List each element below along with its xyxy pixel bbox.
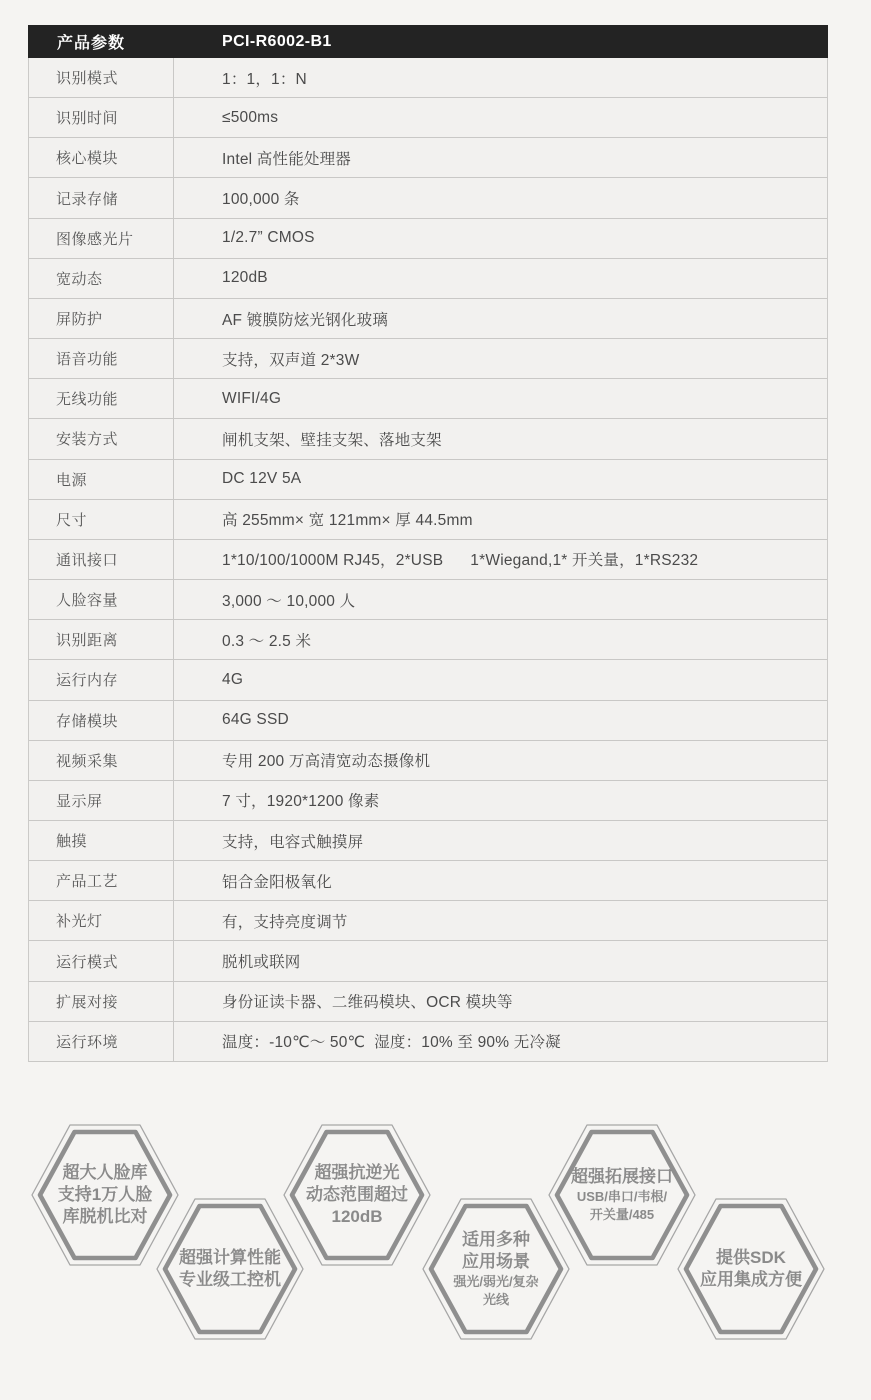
table-row: 无线功能 WIFI/4G	[29, 379, 827, 419]
spec-label: 图像感光片	[29, 219, 174, 258]
spec-value: 专用 200 万高清宽动态摄像机	[174, 741, 827, 780]
table-row: 运行内存 4G	[29, 660, 827, 700]
feature-text-line: 120dB	[331, 1206, 382, 1228]
spec-label: 扩展对接	[29, 982, 174, 1021]
table-header-title: 产品参数	[28, 30, 174, 53]
table-row: 核心模块 Intel 高性能处理器	[29, 138, 827, 178]
spec-label: 语音功能	[29, 339, 174, 378]
table-row: 语音功能 支持，双声道 2*3W	[29, 339, 827, 379]
product-spec-table: 产品参数 PCI-R6002-B1 识别模式 1：1，1：N 识别时间 ≤500…	[28, 25, 828, 1062]
feature-text-line: 提供SDK	[716, 1247, 786, 1269]
table-row: 人脸容量 3,000 ～ 10,000 人	[29, 580, 827, 620]
spec-value: 1/2.7” CMOS	[174, 219, 827, 258]
table-row: 运行模式 脱机或联网	[29, 941, 827, 981]
spec-value: 4G	[174, 660, 827, 699]
table-row: 产品工艺 铝合金阳极氧化	[29, 861, 827, 901]
spec-label: 无线功能	[29, 379, 174, 418]
spec-value: 64G SSD	[174, 701, 827, 740]
table-row: 识别距离 0.3 ～ 2.5 米	[29, 620, 827, 660]
table-row: 视频采集 专用 200 万高清宽动态摄像机	[29, 741, 827, 781]
spec-value: 有，支持亮度调节	[174, 901, 827, 940]
spec-value: 3,000 ～ 10,000 人	[174, 580, 827, 619]
feature-text-line: 超强计算性能	[179, 1247, 281, 1269]
spec-label: 人脸容量	[29, 580, 174, 619]
spec-label: 补光灯	[29, 901, 174, 940]
spec-value: Intel 高性能处理器	[174, 138, 827, 177]
table-row: 电源 DC 12V 5A	[29, 460, 827, 500]
spec-label: 运行环境	[29, 1022, 174, 1061]
spec-value: 脱机或联网	[174, 941, 827, 980]
table-row: 屏防护 AF 镀膜防炫光钢化玻璃	[29, 299, 827, 339]
table-row: 识别模式 1：1，1：N	[29, 58, 827, 98]
spec-label: 视频采集	[29, 741, 174, 780]
feature-text-line: 开关量/485	[590, 1206, 654, 1224]
spec-value: 高 255mm× 宽 121mm× 厚 44.5mm	[174, 500, 827, 539]
feature-text-line: 应用集成方便	[700, 1269, 802, 1291]
feature-text-line: 专业级工控机	[179, 1269, 281, 1291]
spec-label: 安装方式	[29, 419, 174, 458]
spec-label: 宽动态	[29, 259, 174, 298]
spec-table-body: 识别模式 1：1，1：N 识别时间 ≤500ms 核心模块 Intel 高性能处…	[28, 58, 828, 1062]
table-row: 触摸 支持，电容式触摸屏	[29, 821, 827, 861]
spec-label: 存储模块	[29, 701, 174, 740]
spec-value: DC 12V 5A	[174, 460, 827, 499]
feature-text-line: 强光/弱光/复杂	[453, 1273, 538, 1291]
feature-text-line: 应用场景	[462, 1251, 530, 1273]
spec-value: 1：1，1：N	[174, 58, 827, 97]
feature-text: 超强抗逆光动态范围超过120dB	[296, 1121, 418, 1269]
spec-label: 屏防护	[29, 299, 174, 338]
table-row: 识别时间 ≤500ms	[29, 98, 827, 138]
feature-text-line: 适用多种	[462, 1229, 530, 1251]
table-row: 记录存储 100,000 条	[29, 178, 827, 218]
spec-value: 120dB	[174, 259, 827, 298]
feature-text: 超强拓展接口USB/串口/韦根/开关量/485	[561, 1121, 683, 1269]
spec-label: 记录存储	[29, 178, 174, 217]
spec-label: 尺寸	[29, 500, 174, 539]
spec-value: 支持，电容式触摸屏	[174, 821, 827, 860]
feature-text-line: 动态范围超过	[306, 1184, 408, 1206]
table-header: 产品参数 PCI-R6002-B1	[28, 25, 828, 58]
spec-label: 运行内存	[29, 660, 174, 699]
spec-value: 身份证读卡器、二维码模块、OCR 模块等	[174, 982, 827, 1021]
spec-value: 闸机支架、壁挂支架、落地支架	[174, 419, 827, 458]
feature-hex: 提供SDK应用集成方便	[676, 1195, 826, 1343]
feature-hex: 超强抗逆光动态范围超过120dB	[282, 1121, 432, 1269]
table-row: 扩展对接 身份证读卡器、二维码模块、OCR 模块等	[29, 982, 827, 1022]
spec-value: 1*10/100/1000M RJ45，2*USB 1*Wiegand,1* 开…	[174, 540, 827, 579]
table-row: 存储模块 64G SSD	[29, 701, 827, 741]
spec-value: WIFI/4G	[174, 379, 827, 418]
spec-value: 0.3 ～ 2.5 米	[174, 620, 827, 659]
product-model: PCI-R6002-B1	[174, 33, 332, 51]
table-row: 显示屏 7 寸，1920*1200 像素	[29, 781, 827, 821]
feature-text-line: 超强拓展接口	[571, 1166, 673, 1188]
feature-text: 适用多种应用场景强光/弱光/复杂光线	[435, 1195, 557, 1343]
feature-text: 超大人脸库支持1万人脸库脱机比对	[44, 1121, 166, 1269]
spec-label: 识别距离	[29, 620, 174, 659]
spec-value: ≤500ms	[174, 98, 827, 137]
spec-label: 显示屏	[29, 781, 174, 820]
spec-label: 识别时间	[29, 98, 174, 137]
feature-hex: 超强拓展接口USB/串口/韦根/开关量/485	[547, 1121, 697, 1269]
table-row: 补光灯 有，支持亮度调节	[29, 901, 827, 941]
spec-value: 铝合金阳极氧化	[174, 861, 827, 900]
spec-label: 触摸	[29, 821, 174, 860]
spec-label: 识别模式	[29, 58, 174, 97]
spec-label: 通讯接口	[29, 540, 174, 579]
spec-label: 运行模式	[29, 941, 174, 980]
table-row: 运行环境 温度：-10℃～ 50℃ 湿度：10% 至 90% 无冷凝	[29, 1022, 827, 1062]
table-row: 宽动态 120dB	[29, 259, 827, 299]
spec-value: 温度：-10℃～ 50℃ 湿度：10% 至 90% 无冷凝	[174, 1022, 827, 1061]
spec-value: 支持，双声道 2*3W	[174, 339, 827, 378]
feature-text: 超强计算性能专业级工控机	[169, 1195, 291, 1343]
table-row: 安装方式 闸机支架、壁挂支架、落地支架	[29, 419, 827, 459]
feature-text: 提供SDK应用集成方便	[690, 1195, 812, 1343]
feature-text-line: 支持1万人脸	[58, 1184, 152, 1206]
spec-value: AF 镀膜防炫光钢化玻璃	[174, 299, 827, 338]
feature-text-line: 库脱机比对	[63, 1206, 148, 1228]
feature-text-line: 超大人脸库	[63, 1162, 148, 1184]
table-row: 通讯接口 1*10/100/1000M RJ45，2*USB 1*Wiegand…	[29, 540, 827, 580]
table-row: 尺寸 高 255mm× 宽 121mm× 厚 44.5mm	[29, 500, 827, 540]
spec-value: 100,000 条	[174, 178, 827, 217]
feature-text-line: 超强抗逆光	[315, 1162, 400, 1184]
spec-label: 产品工艺	[29, 861, 174, 900]
table-row: 图像感光片 1/2.7” CMOS	[29, 219, 827, 259]
feature-text-line: USB/串口/韦根/	[577, 1188, 667, 1206]
spec-value: 7 寸，1920*1200 像素	[174, 781, 827, 820]
spec-label: 核心模块	[29, 138, 174, 177]
spec-label: 电源	[29, 460, 174, 499]
feature-text-line: 光线	[483, 1291, 509, 1309]
